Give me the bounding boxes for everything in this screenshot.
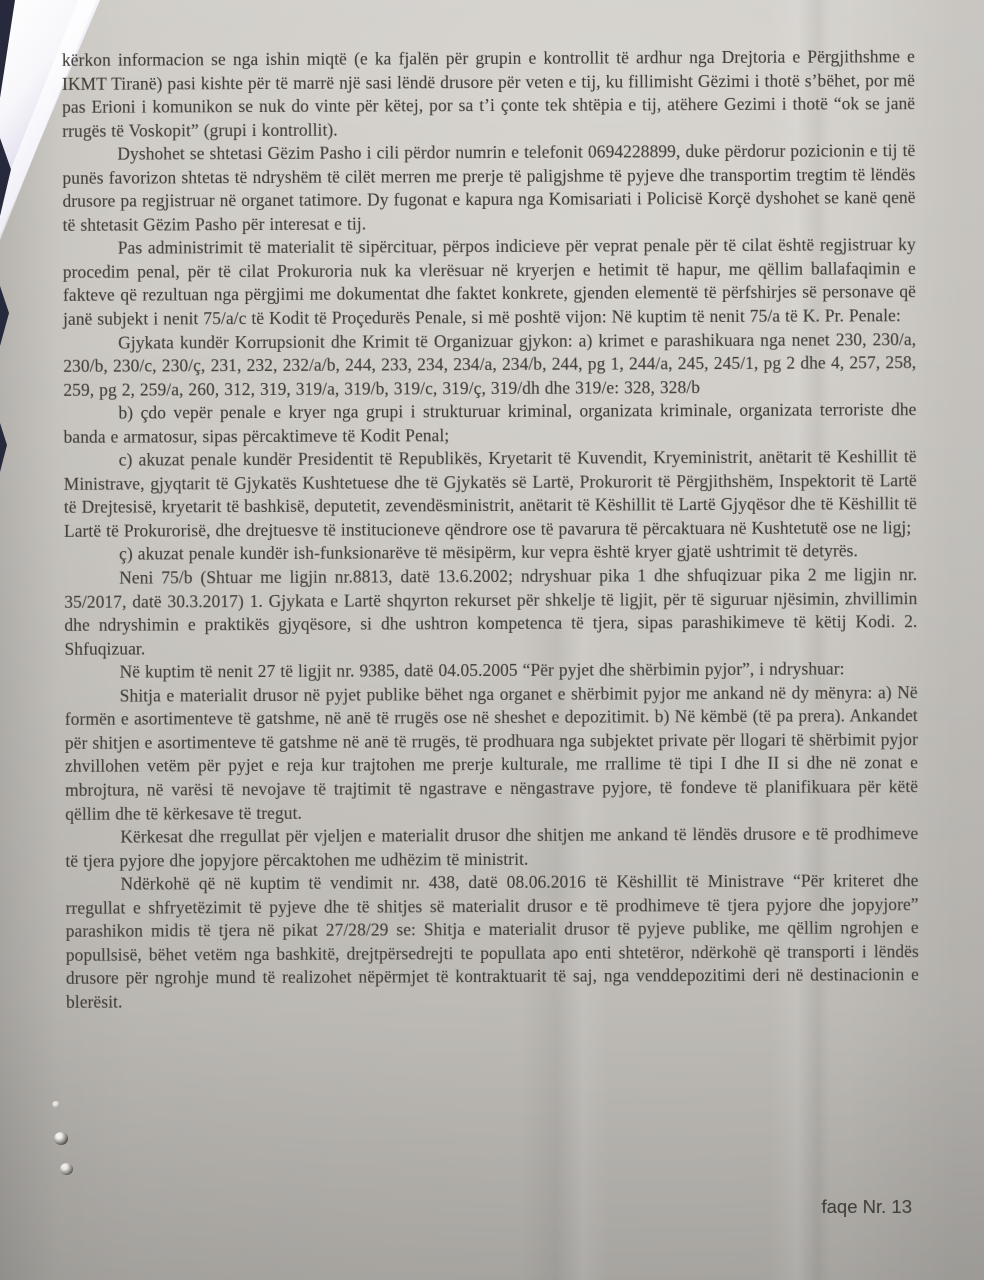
binder-hole xyxy=(54,1132,68,1145)
body-paragraph: Gjykata kundër Korrupsionit dhe Krimit t… xyxy=(63,328,916,402)
body-paragraph: Dyshohet se shtetasi Gëzim Pasho i cili … xyxy=(62,139,915,237)
body-paragraph: Pas administrimit të materialit të sipër… xyxy=(63,234,916,332)
page-number: faqe Nr. 13 xyxy=(821,1196,912,1218)
body-paragraph: Kërkesat dhe rregullat për vjeljen e mat… xyxy=(65,822,918,873)
background-edge-sliver xyxy=(0,423,7,472)
document-body: kërkon informacion se nga ishin miqtë (e… xyxy=(62,45,919,1014)
binder-hole xyxy=(52,1101,60,1108)
scanned-page: kërkon informacion se nga ishin miqtë (e… xyxy=(0,0,984,1280)
background-edge-sliver xyxy=(0,286,9,346)
body-paragraph: Në kuptim të nenit 27 të ligjit nr. 9385… xyxy=(65,657,918,684)
binder-hole xyxy=(60,1163,73,1175)
body-paragraph: b) çdo vepër penale e kryer nga grupi i … xyxy=(63,398,916,449)
body-paragraph: Shitja e materialit drusor në pyjet publ… xyxy=(65,681,919,826)
body-paragraph: Ndërkohë që në kuptim të vendimit nr. 43… xyxy=(65,869,919,1014)
body-paragraph: Neni 75/b (Shtuar me ligjin nr.8813, dat… xyxy=(64,563,917,661)
body-paragraph: c) akuzat penale kundër Presidentit të R… xyxy=(64,445,917,543)
body-paragraph: kërkon informacion se nga ishin miqtë (e… xyxy=(62,45,915,143)
